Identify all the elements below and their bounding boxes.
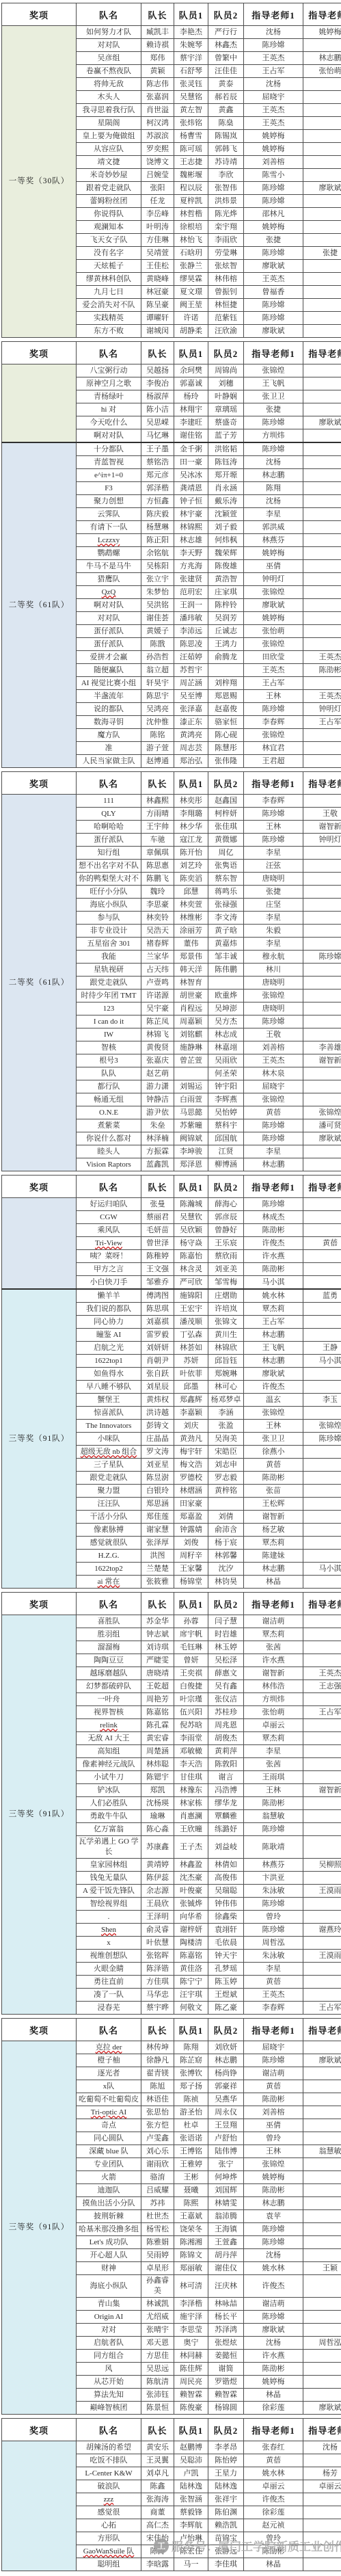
member-cell — [303, 560, 341, 573]
member-cell: 钟静洁 — [141, 1093, 174, 1106]
member-cell: 寇江龙 — [174, 834, 208, 847]
member-cell: 车驰 — [141, 834, 174, 847]
member-cell: 李思豪 — [141, 899, 174, 912]
member-cell: 张锦煌 — [244, 990, 303, 1002]
member-cell: 黄蓓 — [303, 1237, 341, 1250]
member-cell: 王英杰 — [303, 690, 341, 703]
team-name-cell: Tri-optic AI — [77, 2106, 141, 2119]
member-cell: 胡丹萍 — [208, 2249, 244, 2262]
member-cell: 栾宇翔 — [208, 221, 244, 234]
member-cell: 林锦欣 — [208, 1342, 244, 1355]
member-cell: 缪昊霖 — [174, 273, 208, 286]
member-cell: 刘星辰 — [141, 1381, 174, 1394]
member-cell: 曾繁中 — [208, 52, 244, 65]
member-cell: 马一 — [174, 2558, 208, 2571]
member-cell: 周兆恩 — [208, 1719, 244, 1732]
team-name-cell: 九月七日 — [77, 286, 141, 299]
team-name-cell: 蕾姆粉丝团 — [77, 195, 141, 208]
member-cell: 吴浩天 — [141, 925, 174, 938]
award-tier-cell: 三等奖（91队） — [2, 2041, 77, 2415]
member-cell: 王博铭 — [174, 2145, 208, 2158]
award-table-page-5: 奖项队名队长队员1队员2指导老师1指导老师2三等奖（91队）喜胜队苏金华孙蓉闫子… — [1, 1592, 341, 2015]
member-cell: 姜懿恒 — [208, 2350, 244, 2363]
member-cell: 陈珍嫦 — [244, 2054, 303, 2067]
team-name-cell: 胡辣汤的希望 — [77, 2441, 141, 2454]
member-cell: 李欣 — [208, 169, 244, 182]
member-cell: 俞腾龙 — [208, 651, 244, 664]
member-cell: 王彬 — [174, 2171, 208, 2184]
team-name-cell: 披荆斩棘 — [77, 2210, 141, 2223]
member-cell — [303, 755, 341, 768]
member-cell: 王敬 — [244, 1028, 303, 1041]
member-cell: 蒋鸣乐 — [208, 886, 244, 899]
member-cell: 李建旺 — [174, 416, 208, 429]
member-cell: 杨芳 — [303, 2467, 341, 2480]
member-cell: 薛海心 — [208, 1198, 244, 1211]
member-cell: 周民亮 — [174, 2376, 208, 2389]
column-header: 奖项 — [2, 342, 77, 364]
member-cell: 刘志申 — [208, 1459, 244, 1472]
member-cell — [303, 1615, 341, 1628]
team-name-cell: 懒羊羊 — [77, 1289, 141, 1303]
member-cell: 王煜斌 — [208, 1989, 244, 2002]
member-cell: 方恒鑫 — [141, 495, 174, 508]
team-name-cell: 准 — [77, 742, 141, 755]
member-cell: 郭洪威 — [244, 521, 303, 534]
member-cell — [303, 2532, 341, 2545]
member-cell: 陈涛 — [141, 2545, 174, 2558]
team-name-cell: 青山集 — [77, 2298, 141, 2311]
team-name-cell: 海底小纵队 — [77, 2275, 141, 2298]
member-cell: 陈宏佳 — [174, 2545, 208, 2558]
member-cell: 廖耿斌 — [303, 182, 341, 195]
member-cell: 张煜炫 — [208, 2337, 244, 2350]
member-cell: 张铭晖 — [141, 1950, 174, 1963]
member-cell: 吴松泽 — [208, 1654, 244, 1667]
member-cell: 吴冰冰 — [174, 469, 208, 482]
member-cell: 陈劭彬 — [244, 1797, 303, 1810]
member-cell: 林志成 — [208, 1028, 244, 1041]
member-cell: 林翔宇 — [174, 403, 208, 416]
member-cell: 林传坤 — [141, 2041, 174, 2054]
member-cell: 谢智新 — [303, 821, 341, 834]
member-cell: 赵鑫国 — [208, 795, 244, 808]
member-cell: 陈珍嫦 — [244, 182, 303, 195]
member-cell: 苏康鑫 — [141, 1836, 174, 1859]
member-cell: 陈劭彬 — [244, 2093, 303, 2106]
member-cell: 赖智霖 — [174, 2389, 208, 2402]
team-name-cell: 队队 — [77, 1067, 141, 1080]
team-name-cell: 同心协力 — [77, 1316, 141, 1329]
team-name-cell: 专业团队 — [77, 2158, 141, 2171]
member-cell — [303, 221, 341, 234]
member-cell: 戴乐涛 — [208, 495, 244, 508]
member-cell: 叶宗瑾 — [174, 1693, 208, 1706]
member-cell: 卓丽云 — [303, 2480, 341, 2493]
member-cell: 赖浩凯 — [208, 2519, 244, 2532]
member-cell: 游子萱 — [141, 742, 174, 755]
member-cell: 黄佳洛 — [174, 1963, 208, 1976]
column-header: 队长 — [141, 772, 174, 795]
team-name-cell: H.Z.G. — [77, 1550, 141, 1563]
team-name-cell: 奇点 — [77, 2119, 141, 2132]
member-cell: 周哲泓 — [244, 1937, 303, 1950]
member-cell: 陈瀚城 — [174, 1198, 208, 1211]
team-name-cell: 跟党走就队 — [77, 1472, 141, 1485]
member-cell: 沈汐 — [208, 1563, 244, 1576]
column-header: 指导老师2 — [303, 1176, 341, 1198]
column-header: 奖项 — [2, 1593, 77, 1615]
member-cell: 苏哲宇 — [174, 664, 208, 677]
member-cell: 李艳杰 — [174, 26, 208, 39]
member-cell: 廖耿斌 — [244, 1368, 303, 1381]
member-cell: 王飞帆 — [244, 377, 303, 390]
member-cell: 谢言 — [208, 1771, 244, 1784]
member-cell: 徐根培 — [174, 221, 208, 234]
member-cell: 沈杨 — [244, 456, 303, 469]
column-header: 指导老师1 — [244, 772, 303, 795]
member-cell: 张泽嘉 — [174, 703, 208, 716]
team-name-cell: CGW — [77, 1211, 141, 1224]
column-header: 队长 — [141, 1593, 174, 1615]
member-cell: 吴聪沛 — [174, 2454, 208, 2467]
team-name-cell: 参与队 — [77, 912, 141, 925]
member-cell: 卢雯鑫 — [141, 2132, 174, 2145]
member-cell: 张阳 — [141, 182, 174, 195]
member-cell: 林志鹏 — [244, 1158, 303, 1171]
member-cell: 张佳琪 — [208, 821, 244, 834]
member-cell: 薛惠文 — [208, 1667, 244, 1680]
member-cell: 郭韩飞 — [208, 143, 244, 156]
member-cell — [303, 2389, 341, 2402]
header-row: 奖项队名队长队员1队员2指导老师1指导老师2 — [2, 3, 341, 26]
member-cell: 苗锦宝 — [208, 2532, 244, 2545]
team-name-cell: 胜羽组 — [77, 1628, 141, 1641]
member-cell: 蔡宇晔 — [141, 2002, 174, 2015]
column-header: 队员2 — [208, 2419, 244, 2441]
member-cell: 聂曦 — [174, 2184, 208, 2197]
member-cell — [303, 2080, 341, 2093]
team-name-cell: 靖文捷 — [77, 156, 141, 169]
member-cell: 黄俊贤 — [141, 1041, 174, 1054]
member-cell: 阙王堃 — [174, 299, 208, 312]
member-cell: 章佩琪 — [141, 847, 174, 860]
member-cell: 李星 — [244, 1745, 303, 1758]
member-cell: 游尹依 — [141, 1106, 174, 1119]
member-cell: 许诺 — [174, 312, 208, 325]
member-cell: 苏淑滨 — [141, 130, 174, 143]
member-cell: 张春红 — [244, 2441, 303, 2454]
member-cell: 郑景伟 — [174, 951, 208, 964]
team-name-cell: 感觉很 — [77, 2506, 141, 2519]
member-cell — [303, 1250, 341, 1263]
member-cell: 陈熙 — [174, 2197, 208, 2210]
team-name-cell: e^iπ+1=0 — [77, 469, 141, 482]
member-cell: 吴雨婷 — [141, 2249, 174, 2262]
team-name-cell: 早八睡不够队 — [77, 1381, 141, 1394]
member-cell — [303, 442, 341, 456]
member-cell: 陈珍嫦 — [244, 1924, 303, 1937]
member-cell: 曾玲 — [244, 1911, 303, 1924]
member-cell: 庄家琪 — [208, 586, 244, 599]
member-cell: 陈孔霖 — [141, 1719, 174, 1732]
member-cell: 林咏喆 — [208, 2298, 244, 2311]
member-cell: 钟天宇 — [208, 1950, 244, 1963]
team-name-cell: 像素神经元战队 — [77, 1758, 141, 1771]
member-cell: 李春辉 — [244, 2002, 303, 2015]
member-cell: 林木泉 — [244, 1067, 303, 1080]
member-cell: 洪图 — [141, 1550, 174, 1563]
team-name-cell: 无敌 AI 大王 — [77, 1732, 141, 1745]
member-cell — [303, 2119, 341, 2132]
team-name-cell: 八宝粥行动 — [77, 364, 141, 377]
member-cell: 魏彬堰 — [174, 169, 208, 182]
team-name-cell: 像素脉搏 — [77, 1524, 141, 1537]
member-cell: 姚婷梅 — [244, 130, 303, 143]
member-cell — [303, 1485, 341, 1498]
member-cell: 陈嘉铭 — [141, 1706, 174, 1719]
member-cell: 陈珍嫦 — [244, 39, 303, 52]
member-cell — [303, 1303, 341, 1316]
member-cell: 曾玲 — [244, 2132, 303, 2145]
member-cell: 陈呈豪 — [141, 299, 174, 312]
column-header: 指导老师1 — [244, 2019, 303, 2041]
member-cell: 王英杰 — [244, 52, 303, 65]
member-cell: 张语诺 — [174, 2132, 208, 2145]
member-cell: 倪苏晗 — [174, 1719, 208, 1732]
team-name-cell: relink — [77, 1719, 141, 1732]
column-header: 奖项 — [2, 2019, 77, 2041]
team-name-cell: 深藏 blue 队 — [77, 2145, 141, 2158]
member-cell: 黄子晗 — [208, 925, 244, 938]
member-cell: 邹雪梅 — [208, 1276, 244, 1290]
team-name-cell: 橙子柚 — [77, 2054, 141, 2067]
member-cell: 郑丽敏 — [174, 2262, 208, 2275]
member-cell: 郭豪祥 — [208, 2080, 244, 2093]
member-cell: 林鑫盈 — [174, 1859, 208, 1872]
member-cell: 黄宏睿 — [141, 1732, 174, 1745]
member-cell: 周永仪 — [208, 2106, 244, 2119]
member-cell: 夏梓凯 — [174, 195, 208, 208]
member-cell: 许俊杰 — [244, 2493, 303, 2506]
member-cell: 林泽楠 — [141, 1132, 174, 1145]
team-name-cell: 今天吃什么 — [77, 416, 141, 429]
member-cell: 石舒琴 — [174, 65, 208, 78]
member-cell: 覃杰莉 — [244, 1537, 303, 1550]
member-cell: 钟志斌 — [141, 1628, 174, 1641]
member-cell — [303, 1067, 341, 1080]
column-header: 队长 — [141, 2019, 174, 2041]
member-cell — [303, 1381, 341, 1394]
member-cell: 王宇帅 — [141, 821, 174, 834]
member-cell: 李天浩 — [174, 1758, 208, 1771]
member-cell: 李星 — [244, 847, 303, 860]
member-cell: 叶明涛 — [141, 221, 174, 234]
member-cell: 沈杨 — [244, 2249, 303, 2262]
member-cell: 谢佳仪 — [208, 2262, 244, 2275]
member-cell: 陈心砚 — [208, 729, 244, 742]
award-tier-cell: 二等奖（61队） — [2, 795, 77, 1171]
member-cell: 许俊杰 — [244, 2275, 303, 2298]
member-cell: 李星 — [244, 938, 303, 951]
member-cell — [303, 234, 341, 247]
member-cell: 王志捷 — [174, 156, 208, 169]
member-cell — [303, 2236, 341, 2249]
member-cell: 朱毅 — [244, 925, 303, 938]
member-cell: 杨艺敏 — [244, 1524, 303, 1537]
member-cell — [303, 1898, 341, 1911]
member-cell: 叶俊豪 — [174, 1885, 208, 1898]
member-cell — [303, 2298, 341, 2311]
team-name-cell: 想不出名字对不队 — [77, 860, 141, 873]
member-cell — [303, 2093, 341, 2106]
member-cell: 刘善榕 — [244, 1041, 303, 1054]
member-cell: 王占军 — [303, 2002, 341, 2015]
member-cell: 王文强 — [141, 1263, 174, 1276]
member-cell: 朱垒 — [141, 1119, 174, 1132]
member-cell — [303, 1158, 341, 1171]
member-cell: 方兆海 — [174, 560, 208, 573]
member-cell: 廖耿斌 — [303, 1132, 341, 1145]
column-header: 指导老师2 — [303, 1593, 341, 1615]
member-cell: 马小淇 — [303, 1355, 341, 1368]
member-cell: 李涵 — [208, 1407, 244, 1420]
member-cell: 何敬文 — [174, 2002, 208, 2015]
member-cell: 张晴宇 — [141, 2324, 174, 2337]
member-cell: 施宇泽 — [174, 2311, 208, 2324]
member-cell — [303, 573, 341, 586]
member-cell — [303, 2454, 341, 2467]
member-cell: 钟明灯 — [244, 573, 303, 586]
header-row: 奖项队名队长队员1队员2指导老师1指导老师2 — [2, 1176, 341, 1198]
member-cell — [303, 2506, 341, 2519]
member-cell — [303, 1263, 341, 1276]
member-cell: 卓星形 — [141, 2262, 174, 2275]
member-cell: 李春辉 — [244, 795, 303, 808]
member-cell: 林奕铃 — [141, 912, 174, 925]
member-cell: 夏文璟 — [174, 286, 208, 299]
member-cell — [303, 2324, 341, 2337]
member-cell: 杨慧琳 — [141, 521, 174, 534]
team-name-cell: 飞天女子队 — [77, 234, 141, 247]
team-name-cell: 如鱼得水 — [77, 1368, 141, 1381]
member-cell: 周楚涵 — [141, 1745, 174, 1758]
member-cell: 张立宇 — [141, 573, 174, 586]
member-cell: 吕威耀 — [141, 2184, 174, 2197]
member-cell: 李雨欣 — [208, 234, 244, 247]
member-cell: 黄颖 — [141, 65, 174, 78]
member-cell: 王雅婷 — [174, 2158, 208, 2171]
member-cell: 陈铭 — [141, 729, 174, 742]
team-name-cell: 小咪队 — [77, 1433, 141, 1446]
member-cell: 王宏宇 — [174, 1303, 208, 1316]
member-cell: 王占军 — [244, 677, 303, 690]
member-cell: 刘心乐 — [141, 2145, 174, 2158]
team-name-cell: 摸鱼出活小分队 — [77, 2197, 141, 2210]
member-cell: 陈钰涛 — [208, 456, 244, 469]
member-cell: 陈昱澍 — [141, 1472, 174, 1485]
column-header: 队员2 — [208, 342, 244, 364]
member-cell: 练潞妤 — [208, 1823, 244, 1836]
member-cell: 沈颖萱 — [208, 508, 244, 521]
award-table-page-2: 奖项队名队长队员1队员2指导老师1指导老师2八宝粥行动吴越扬余珂樊周锦尚张锦煌原… — [1, 341, 341, 768]
member-cell: 王晨欣 — [141, 1898, 174, 1911]
member-cell: 张锦煌 — [244, 2158, 303, 2171]
column-header: 队长 — [141, 1176, 174, 1198]
member-cell: 钟伟伟 — [208, 1898, 244, 1911]
member-cell: 陈稚婷 — [141, 1250, 174, 1263]
column-header: 队名 — [77, 2419, 141, 2441]
award-tier-cell: 三等奖（91队） — [2, 1615, 77, 2015]
member-cell: 陈伟鹏 — [208, 964, 244, 977]
member-cell: 白雨萱 — [174, 1093, 208, 1106]
member-cell: 苏泽鸿 — [208, 2324, 244, 2337]
team-name-cell: 哈基米那没撸多组 — [77, 2223, 141, 2236]
member-cell: 柯汉鸿 — [141, 117, 174, 130]
column-header: 指导老师1 — [244, 1593, 303, 1615]
member-cell — [303, 2275, 341, 2298]
team-name-cell: 啊对对队 — [77, 599, 141, 612]
team-name-cell: 111 — [77, 795, 141, 808]
member-cell: 王敬 — [303, 808, 341, 821]
team-name-cell: 心拓 — [77, 2519, 141, 2532]
team-name-cell: 开心超人队 — [77, 2249, 141, 2262]
member-cell: 王佳松 — [141, 260, 174, 273]
member-cell: 黄蓓 — [244, 2454, 303, 2467]
member-cell — [303, 1498, 341, 1511]
team-name-cell: 煮紫菜 — [77, 1119, 141, 1132]
member-cell: 杨于宸 — [208, 1537, 244, 1550]
member-cell: 魏荣辉 — [208, 547, 244, 560]
member-cell: 邓敏橄 — [174, 1745, 208, 1758]
team-name-cell: 惊喜派队 — [77, 1407, 141, 1420]
member-cell — [303, 1080, 341, 1093]
team-name-cell: 视界智核 — [77, 1706, 141, 1719]
member-cell — [303, 599, 341, 612]
member-cell: 黄炜权 — [141, 1394, 174, 1407]
member-cell: 蓝子芳 — [208, 429, 244, 443]
member-cell: 方思佳 — [141, 2350, 174, 2363]
member-cell: 王林 — [244, 1784, 303, 1797]
team-name-cell: 凑了一队 — [77, 1989, 141, 2002]
member-cell: 金千粥 — [174, 442, 208, 456]
member-cell: 王萱鑫 — [208, 2236, 244, 2249]
member-cell: 刘亚美 — [208, 1263, 244, 1276]
member-cell: 向华希 — [174, 1911, 208, 1924]
member-cell: 陈耿靖 — [244, 1836, 303, 1859]
column-header: 奖项 — [2, 3, 77, 26]
team-name-cell: 皇上要为俺做组 — [77, 130, 141, 143]
member-cell: 张隽语 — [208, 860, 244, 873]
member-cell: 王占军 — [303, 1706, 341, 1719]
member-cell: 苏祎 — [141, 2197, 174, 2210]
member-cell — [303, 873, 341, 886]
team-name-cell: L-Center K&W — [77, 2467, 141, 2480]
team-name-cell: 魔方队 — [77, 729, 141, 742]
header-row: 奖项队名队长队员1队员2指导老师1指导老师2 — [2, 772, 341, 795]
member-cell: 钟露婧 — [174, 1524, 208, 1537]
member-cell: 严可欣 — [174, 1276, 208, 1290]
member-cell — [303, 508, 341, 521]
column-header: 指导老师2 — [303, 2019, 341, 2041]
member-cell: 林哲楷 — [174, 208, 208, 221]
team-name-cell: 智绘视界组 — [77, 1898, 141, 1911]
member-cell: 李嘉颖 — [174, 1407, 208, 1420]
member-cell — [303, 1872, 341, 1885]
member-cell: 杨锦圆 — [208, 2402, 244, 2415]
member-cell — [303, 1976, 341, 1989]
member-cell: 王海镇 — [208, 2223, 244, 2236]
